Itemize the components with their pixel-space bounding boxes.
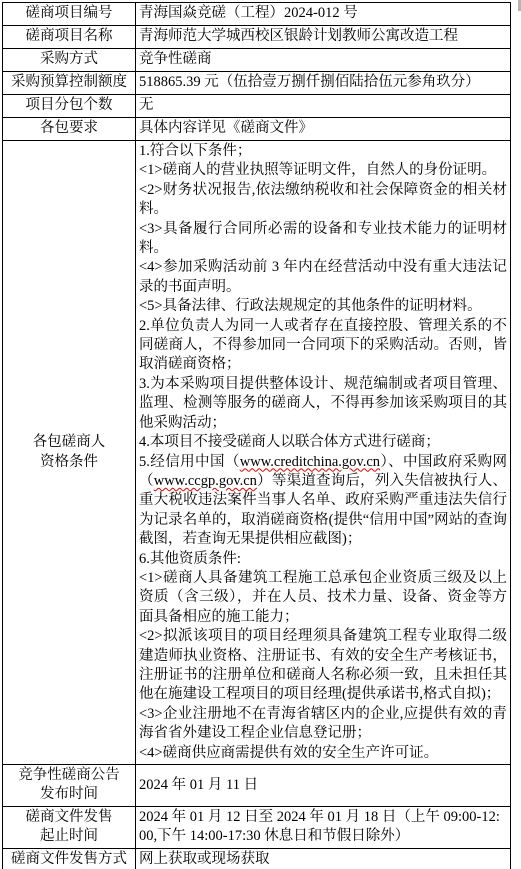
- qualification-paragraph: 4.本项目不接受磋商人以联合体方式进行磋商；: [139, 433, 507, 452]
- row-value: 青海师范大学城西校区银龄计划教师公寓改造工程: [136, 26, 511, 49]
- row-value: 无: [136, 95, 511, 118]
- row-label: 磋商项目名称: [3, 26, 136, 49]
- row-value: 2024 年 01 月 12 日至 2024 年 01 月 18 日（上午 09…: [136, 806, 511, 848]
- qualification-paragraph: <1>磋商人具备建筑工程施工总承包企业资质三级及以上资质（含三级），并在人员、技…: [139, 569, 507, 627]
- row-label: 磋商文件发售方式: [3, 848, 136, 869]
- row-value: 2024 年 01 月 11 日: [136, 765, 511, 807]
- row-label: 采购方式: [3, 49, 136, 72]
- table-row-procurement-method: 采购方式 竞争性磋商: [3, 49, 511, 72]
- row-value: 竞争性磋商: [136, 49, 511, 72]
- table-row-supplier-qualifications: 各包磋商人 资格条件 1.符合以下条件；<1>磋商人的营业执照等证明文件，自然人…: [3, 141, 511, 765]
- row-value: 网上获取或现场获取: [136, 848, 511, 869]
- qualification-paragraph: <4>参加采购活动前 3 年内在经营活动中没有重大违法记录的书面声明。: [139, 258, 507, 297]
- qualification-paragraph: <2>财务状况报告,依法缴纳税收和社会保障资金的相关材料。: [139, 181, 507, 220]
- qualification-paragraph: 3.为本采购项目提供整体设计、规范编制或者项目管理、监理、检测等服务的磋商人，不…: [139, 375, 507, 433]
- qualification-paragraph: <5>具备法律、行政法规规定的其他条件的证明材料。: [139, 297, 507, 316]
- row-value: 青海国焱竞磋（工程）2024-012 号: [136, 3, 511, 26]
- table-row-budget-control-amount: 采购预算控制额度 518865.39 元（伍拾壹万捌仟捌佰陆拾伍元参角玖分）: [3, 72, 511, 95]
- row-value: 518865.39 元（伍拾壹万捌仟捌佰陆拾伍元参角玖分）: [136, 72, 511, 95]
- url-text: www.ccgp.gov.cn: [154, 473, 257, 489]
- row-label: 磋商文件发售 起止时间: [3, 806, 136, 848]
- qualification-paragraph: <3>具备履行合同所必需的设备和专业技术能力的证明材料。: [139, 220, 507, 259]
- qualification-paragraph: <1>磋商人的营业执照等证明文件，自然人的身份证明。: [139, 161, 507, 180]
- table-row-project-name: 磋商项目名称 青海师范大学城西校区银龄计划教师公寓改造工程: [3, 26, 511, 49]
- qualification-paragraph: 5.经信用中国（www.creditchina.gov.cn）、中国政府采购网（…: [139, 453, 507, 550]
- row-label: 竞争性磋商公告 发布时间: [3, 765, 136, 807]
- qualification-paragraph: 1.符合以下条件；: [139, 142, 507, 161]
- table-row-document-sale-method: 磋商文件发售方式 网上获取或现场获取: [3, 848, 511, 869]
- table-row-announcement-date: 竞争性磋商公告 发布时间 2024 年 01 月 11 日: [3, 765, 511, 807]
- qualification-paragraph: <4>磋商供应商需提供有效的安全生产许可证。: [139, 744, 507, 763]
- qualification-paragraph: 6.其他资质条件:: [139, 550, 507, 569]
- row-value: 1.符合以下条件；<1>磋商人的营业执照等证明文件，自然人的身份证明。<2>财务…: [136, 141, 511, 765]
- row-label: 项目分包个数: [3, 95, 136, 118]
- row-label: 各包磋商人 资格条件: [3, 141, 136, 765]
- procurement-info-table: 磋商项目编号 青海国焱竞磋（工程）2024-012 号 磋商项目名称 青海师范大…: [2, 2, 511, 869]
- table-row-package-count: 项目分包个数 无: [3, 95, 511, 118]
- qualification-paragraph: <3>企业注册地不在青海省辖区内的企业,应提供有效的青海省省外建设工程企业信息登…: [139, 705, 507, 744]
- qualification-paragraph: 2.单位负责人为同一人或者存在直接控股、管理关系的不同磋商人，不得参加同一合同项…: [139, 317, 507, 375]
- row-label: 采购预算控制额度: [3, 72, 136, 95]
- row-value: 具体内容详见《磋商文件》: [136, 118, 511, 141]
- document-page: 磋商项目编号 青海国焱竞磋（工程）2024-012 号 磋商项目名称 青海师范大…: [0, 0, 521, 869]
- row-label: 各包要求: [3, 118, 136, 141]
- qualification-content: 1.符合以下条件；<1>磋商人的营业执照等证明文件，自然人的身份证明。<2>财务…: [139, 142, 507, 763]
- url-text: www.creditchina.gov.cn: [240, 454, 380, 470]
- table-row-project-number: 磋商项目编号 青海国焱竞磋（工程）2024-012 号: [3, 3, 511, 26]
- table-row-package-requirements: 各包要求 具体内容详见《磋商文件》: [3, 118, 511, 141]
- table-row-document-sale-period: 磋商文件发售 起止时间 2024 年 01 月 12 日至 2024 年 01 …: [3, 806, 511, 848]
- row-label: 磋商项目编号: [3, 3, 136, 26]
- qualification-paragraph: <2>拟派该项目的项目经理须具备建筑工程专业取得二级建造师执业资格、注册证书、有…: [139, 627, 507, 705]
